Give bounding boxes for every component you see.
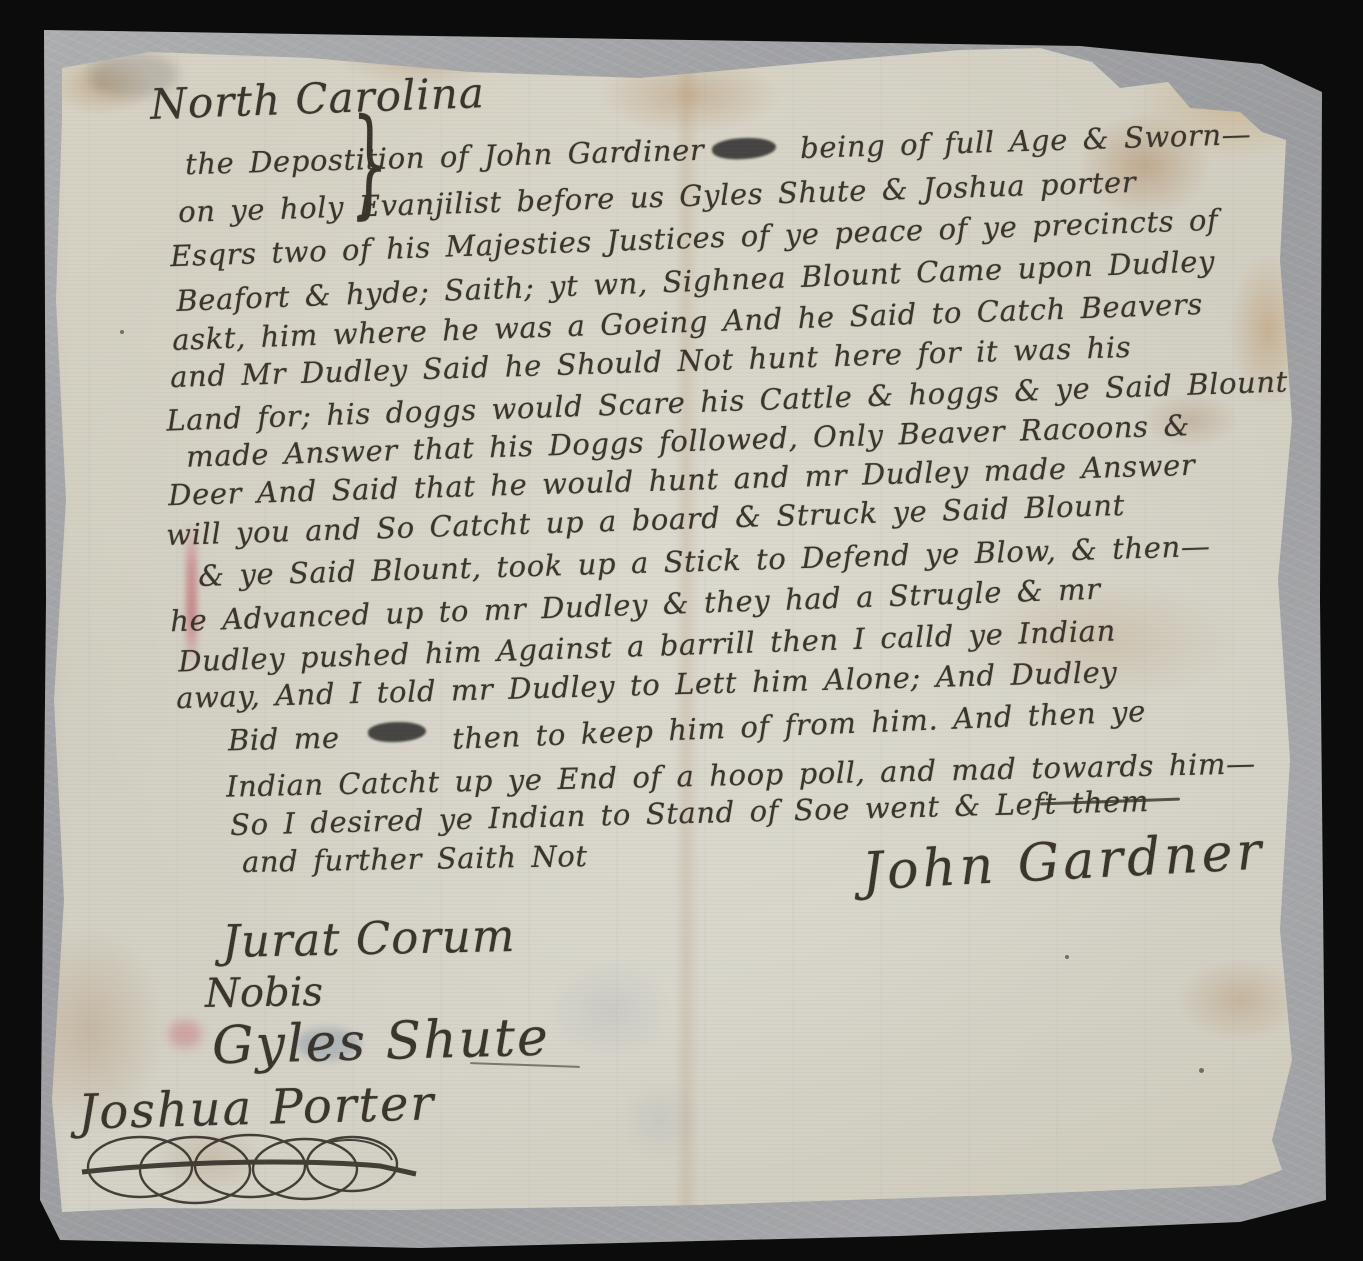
justice-signature-shute: Gyles Shute bbox=[211, 1008, 550, 1077]
region-header: North Carolina bbox=[149, 68, 485, 129]
signature-tail-stroke bbox=[470, 1062, 580, 1068]
deposition-line: Bid me bbox=[228, 721, 340, 758]
attestation-jurat: Jurat Corum bbox=[221, 909, 515, 968]
ink-speck bbox=[1065, 955, 1069, 959]
ink-blot bbox=[711, 136, 776, 161]
red-stain bbox=[186, 522, 197, 667]
deposition-line: Land for; his doggs would Scare his Catt… bbox=[166, 364, 1289, 437]
deposition-line: the Depostition of John Gardiner bbox=[185, 133, 705, 181]
deposition-line: on ye holy Evanjilist before us Gyles Sh… bbox=[178, 165, 1137, 229]
deposition-line: & ye Said Blount, took up a Stick to Def… bbox=[198, 529, 1211, 593]
deposition-line: being of full Age & Sworn— bbox=[800, 117, 1252, 165]
strike-through-mark bbox=[1040, 798, 1180, 806]
deposition-line: Dudley pushed him Against a barrill then… bbox=[178, 613, 1117, 678]
blue-smudge bbox=[296, 1028, 360, 1060]
signature-flourish bbox=[80, 1122, 420, 1212]
deposition-line: and Mr Dudley Said he Should Not hunt he… bbox=[170, 330, 1132, 394]
deposition-line: Esqrs two of his Majesties Justices of y… bbox=[170, 203, 1219, 274]
deposition-line: then to keep him of from him. And then y… bbox=[452, 694, 1147, 756]
deposition-line: askt, him where he was a Goeing And he S… bbox=[172, 287, 1204, 357]
deposition-line: made Answer that his Doggs followed, Onl… bbox=[186, 408, 1191, 474]
attestation-nobis: Nobis bbox=[205, 969, 324, 1017]
deposition-line: Beafort & hyde; Saith; yt wn, Sighnea Bl… bbox=[176, 244, 1216, 318]
deponent-signature: John Gardner bbox=[861, 821, 1267, 902]
header-brace: } bbox=[350, 92, 390, 233]
manuscript-paper: North Carolina } the Depostition of John… bbox=[0, 0, 1363, 1261]
deposition-line: away, And I told mr Dudley to Lett him A… bbox=[176, 655, 1118, 715]
pink-stain bbox=[168, 1020, 202, 1048]
deposition-line: So I desired ye Indian to Stand of Soe w… bbox=[230, 784, 1150, 842]
ink-speck bbox=[1199, 1068, 1204, 1073]
deposition-line: Deer And Said that he would hunt and mr … bbox=[168, 448, 1196, 512]
deposition-line: will you and So Catcht up a board & Stru… bbox=[166, 488, 1126, 552]
ink-speck bbox=[120, 330, 124, 334]
deposition-line: Indian Catcht up ye End of a hoop poll, … bbox=[226, 746, 1256, 803]
struck-word-blot bbox=[368, 720, 427, 743]
deposition-line: and further Saith Not bbox=[242, 839, 588, 879]
justice-signature-porter: Joshua Porter bbox=[77, 1075, 436, 1140]
scanned-document-view: North Carolina } the Depostition of John… bbox=[0, 0, 1363, 1261]
deposition-line: he Advanced up to mr Dudley & they had a… bbox=[170, 572, 1101, 638]
